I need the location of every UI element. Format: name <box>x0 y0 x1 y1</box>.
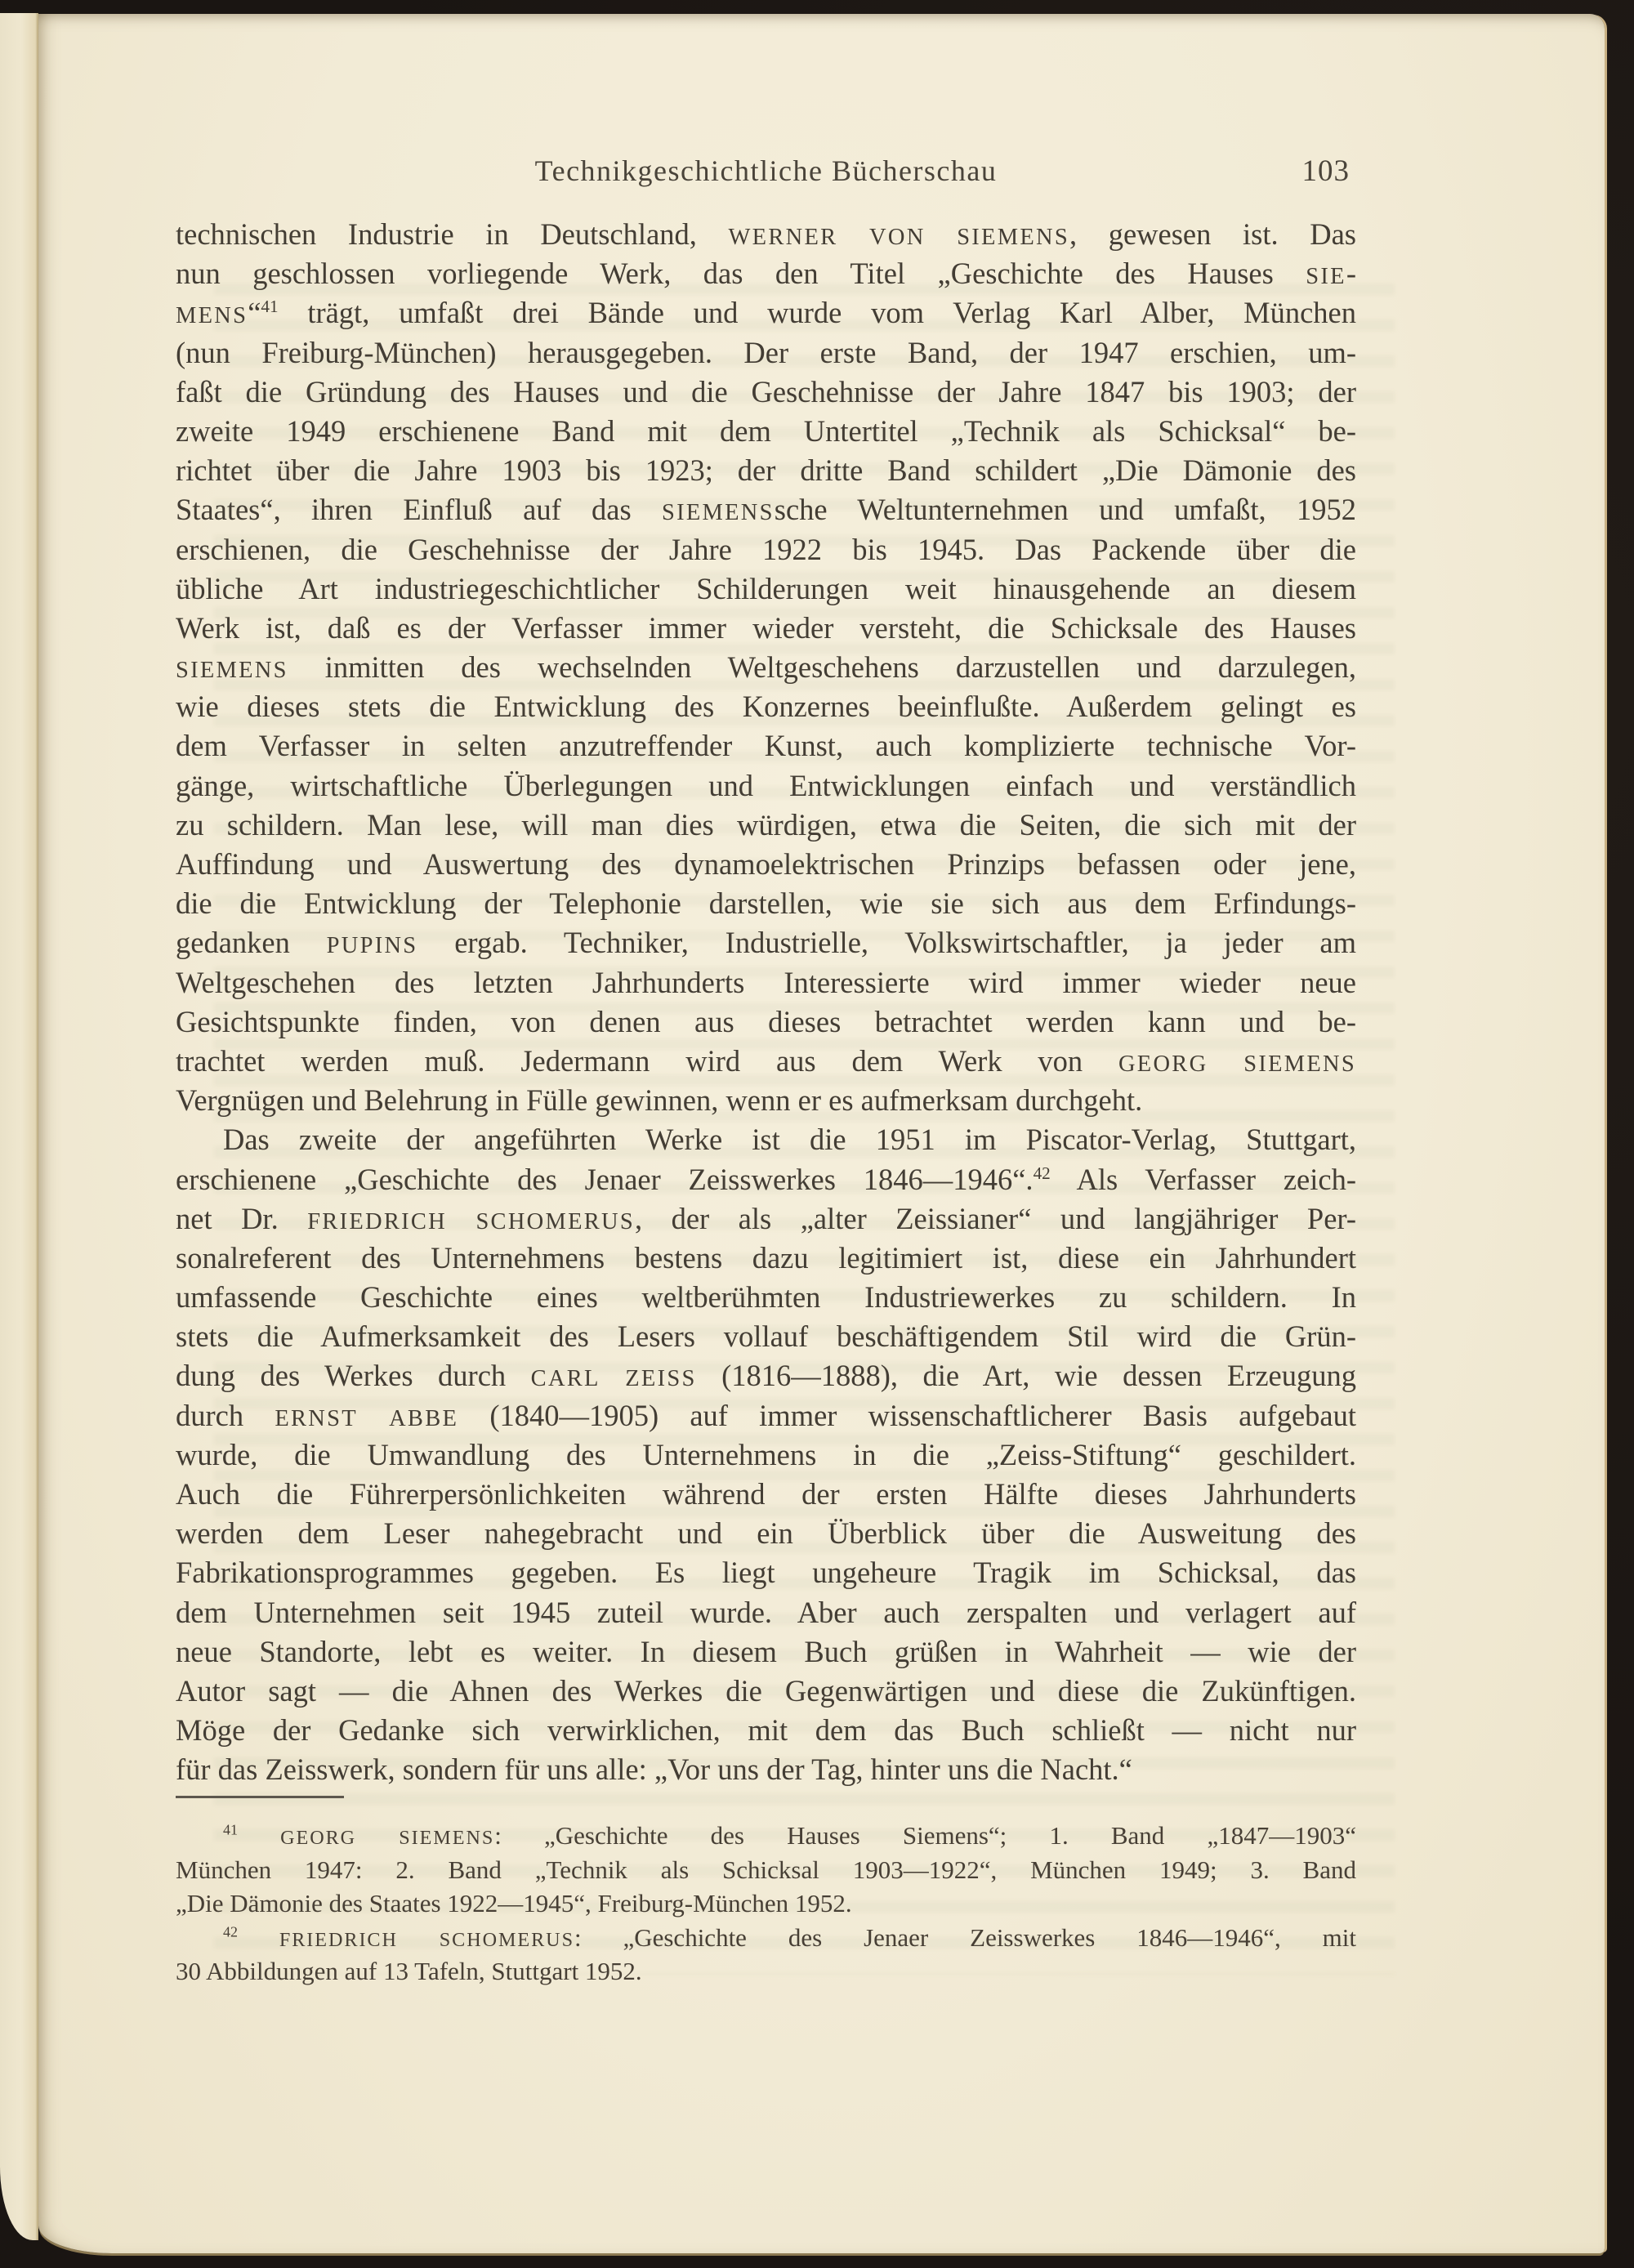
body-line: gänge, wirtschaftliche Überlegungen und … <box>176 766 1356 806</box>
body-line: dem Verfasser in selten anzutreffender K… <box>176 726 1356 766</box>
footnotes: 41 GEORG SIEMENS: „Geschichte des Hauses… <box>176 1819 1356 1989</box>
body-line: faßt die Gründung des Hauses und die Ges… <box>176 373 1356 412</box>
body-line: (nun Freiburg-München) herausgegeben. De… <box>176 333 1356 373</box>
underlying-page-edge <box>0 13 38 2240</box>
running-title: Technikgeschichtliche Bücherschau <box>176 154 1356 188</box>
body-line: technischen Industrie in Deutschland, WE… <box>176 215 1356 254</box>
body-line: nun geschlossen vorliegende Werk, das de… <box>176 254 1356 293</box>
body-line: umfassende Geschichte eines weltberühmte… <box>176 1278 1356 1317</box>
footnote-line: 41 GEORG SIEMENS: „Geschichte des Hauses… <box>176 1819 1356 1853</box>
page-header: Technikgeschichtliche Bücherschau 103 <box>176 154 1356 191</box>
body-line: werden dem Leser nahegebracht und ein Üb… <box>176 1514 1356 1553</box>
footnote-line: München 1947: 2. Band „Technik als Schic… <box>176 1853 1356 1887</box>
body-line: Staates“, ihren Einfluß auf das SIEMENSs… <box>176 490 1356 529</box>
body-line: Auffindung und Auswertung des dynamoelek… <box>176 845 1356 884</box>
body-line: wurde, die Umwandlung des Unternehmens i… <box>176 1435 1356 1475</box>
body-line: dem Unternehmen seit 1945 zuteil wurde. … <box>176 1593 1356 1632</box>
body-line: zu schildern. Man lese, will man dies wü… <box>176 806 1356 845</box>
body-line: Werk ist, daß es der Verfasser immer wie… <box>176 609 1356 648</box>
body-line: Auch die Führerpersönlichkeiten während … <box>176 1475 1356 1514</box>
body-line: Möge der Gedanke sich verwirklichen, mit… <box>176 1711 1356 1750</box>
body-line: trachtet werden muß. Jedermann wird aus … <box>176 1042 1356 1081</box>
body-line: Weltgeschehen des letzten Jahrhunderts I… <box>176 963 1356 1002</box>
body-line: erschienen, die Geschehnisse der Jahre 1… <box>176 530 1356 569</box>
body-line: wie dieses stets die Entwicklung des Kon… <box>176 687 1356 726</box>
body-line: SIEMENS inmitten des wechselnden Weltges… <box>176 648 1356 687</box>
page-number: 103 <box>1302 154 1351 189</box>
body-line: übliche Art industriegeschichtlicher Sch… <box>176 569 1356 609</box>
body-line: für das Zeisswerk, sondern für uns alle:… <box>176 1750 1356 1789</box>
footnote-line: 42 FRIEDRICH SCHOMERUS: „Geschichte des … <box>176 1921 1356 1955</box>
body-line: net Dr. FRIEDRICH SCHOMERUS, der als „al… <box>176 1199 1356 1239</box>
body-line: zweite 1949 erschienene Band mit dem Unt… <box>176 412 1356 451</box>
body-line: Das zweite der angeführten Werke ist die… <box>176 1120 1356 1159</box>
body-line: neue Standorte, lebt es weiter. In diese… <box>176 1632 1356 1672</box>
body-line: Autor sagt — die Ahnen des Werkes die Ge… <box>176 1672 1356 1711</box>
body-line: Vergnügen und Belehrung in Fülle gewinne… <box>176 1081 1356 1120</box>
body-line: Fabrikationsprogrammes gegeben. Es liegt… <box>176 1553 1356 1592</box>
footnote-line: „Die Dämonie des Staates 1922—1945“, Fre… <box>176 1886 1356 1921</box>
scanned-book-photo: Technikgeschichtliche Bücherschau 103 te… <box>0 0 1634 2268</box>
body-line: Gesichtspunkte finden, von denen aus die… <box>176 1002 1356 1042</box>
body-line: MENS“41 trägt, umfaßt drei Bände und wur… <box>176 293 1356 333</box>
body-line: durch ERNST ABBE (1840—1905) auf immer w… <box>176 1396 1356 1435</box>
footnote-separator <box>176 1796 344 1798</box>
body-line: die die Entwicklung der Telephonie darst… <box>176 884 1356 923</box>
body-line: richtet über die Jahre 1903 bis 1923; de… <box>176 451 1356 490</box>
body-line: stets die Aufmerksamkeit des Lesers voll… <box>176 1317 1356 1356</box>
body-line: erschienene „Geschichte des Jenaer Zeiss… <box>176 1160 1356 1199</box>
body-line: gedanken PUPINS ergab. Techniker, Indust… <box>176 923 1356 962</box>
body-line: sonalreferent des Unternehmens bestens d… <box>176 1239 1356 1278</box>
body-line: dung des Werkes durch CARL ZEISS (1816—1… <box>176 1356 1356 1395</box>
body-text: technischen Industrie in Deutschland, WE… <box>176 215 1356 1790</box>
footnote-line: 30 Abbildungen auf 13 Tafeln, Stuttgart … <box>176 1954 1356 1989</box>
